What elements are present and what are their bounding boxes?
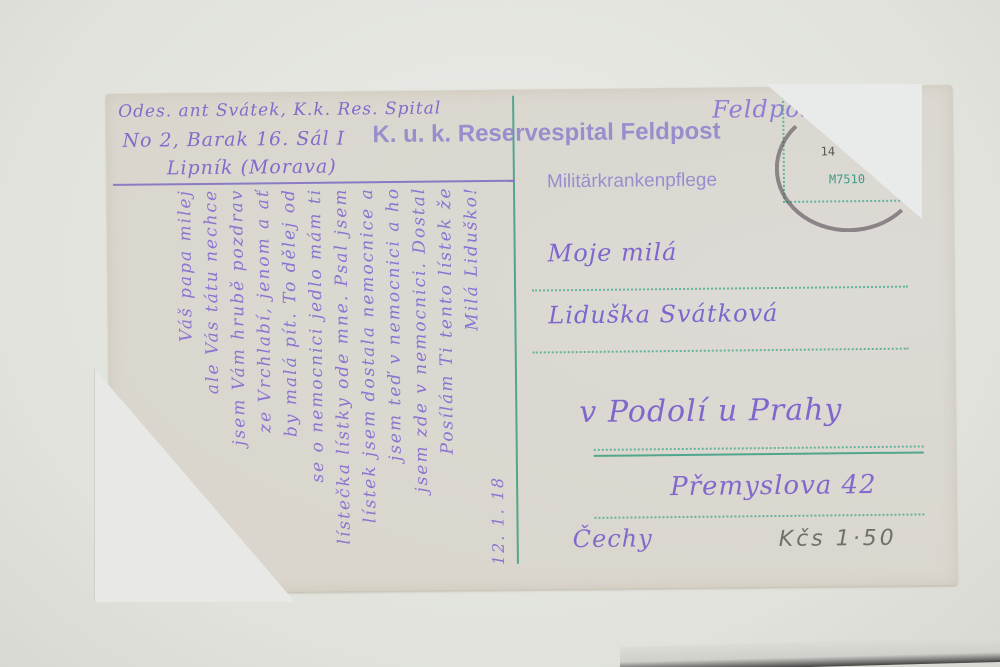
- postmark-number: 14: [821, 144, 836, 158]
- cachet-line-1: K. u. k. Reservespital Feldpost: [372, 118, 720, 150]
- message-line: by malá pít. To dělej od: [279, 188, 302, 437]
- recipient-street: Přemyslova 42: [670, 470, 877, 502]
- sender-underline: [113, 180, 515, 186]
- message-line: se o nemocnici jedlo mám ti: [305, 188, 328, 483]
- address-line-4: [594, 513, 924, 518]
- recipient-salutation: Moje milá: [548, 238, 678, 267]
- address-line-1: [532, 286, 908, 292]
- sender-line-2: No 2, Barak 16. Sál I: [122, 127, 345, 151]
- recipient-town: v Podolí u Prahy: [579, 392, 842, 430]
- address-line-2: [533, 348, 909, 354]
- message-date: 12. 1. 18: [488, 476, 508, 565]
- message-line: ale Vás tátu nechce: [201, 189, 223, 394]
- message-line: lístek jsem dostala nemocnice a: [357, 187, 381, 523]
- message-line: Posílám Ti tento lístek že: [435, 186, 458, 454]
- message-line: ze Vrchlabí, jenom a ať: [253, 188, 276, 433]
- recipient-name: Liduška Svátková: [548, 299, 778, 329]
- message-line: Milá Liduško!: [461, 186, 483, 331]
- address-line-3-solid: [594, 451, 924, 456]
- postcard-center-divider: [512, 96, 519, 564]
- message-line: Váš papa milej: [175, 189, 197, 342]
- stamp-box-number: M7510: [829, 172, 865, 186]
- address-line-3-dotted: [594, 445, 924, 450]
- message-line: lístečka lístky ode mne. Psal jsem: [331, 187, 355, 544]
- sender-line-1: Odes. ant Svátek, K.k. Res. Spital: [118, 98, 441, 121]
- pencil-price-note: Kčs 1·50: [779, 526, 897, 552]
- sender-line-3: Lipník (Morava): [167, 156, 337, 180]
- recipient-country: Čechy: [573, 524, 653, 553]
- cachet-line-2: Militärkrankenpflege: [547, 170, 717, 194]
- postcard: Odes. ant Svátek, K.k. Res. Spital No 2,…: [106, 85, 957, 594]
- message-line: jsem Vám hrubě pozdrav: [227, 189, 250, 446]
- message-line: jsem zde v nemocnici. Dostal: [409, 187, 432, 493]
- message-line: jsem teď v nemocnici a ho: [383, 187, 406, 461]
